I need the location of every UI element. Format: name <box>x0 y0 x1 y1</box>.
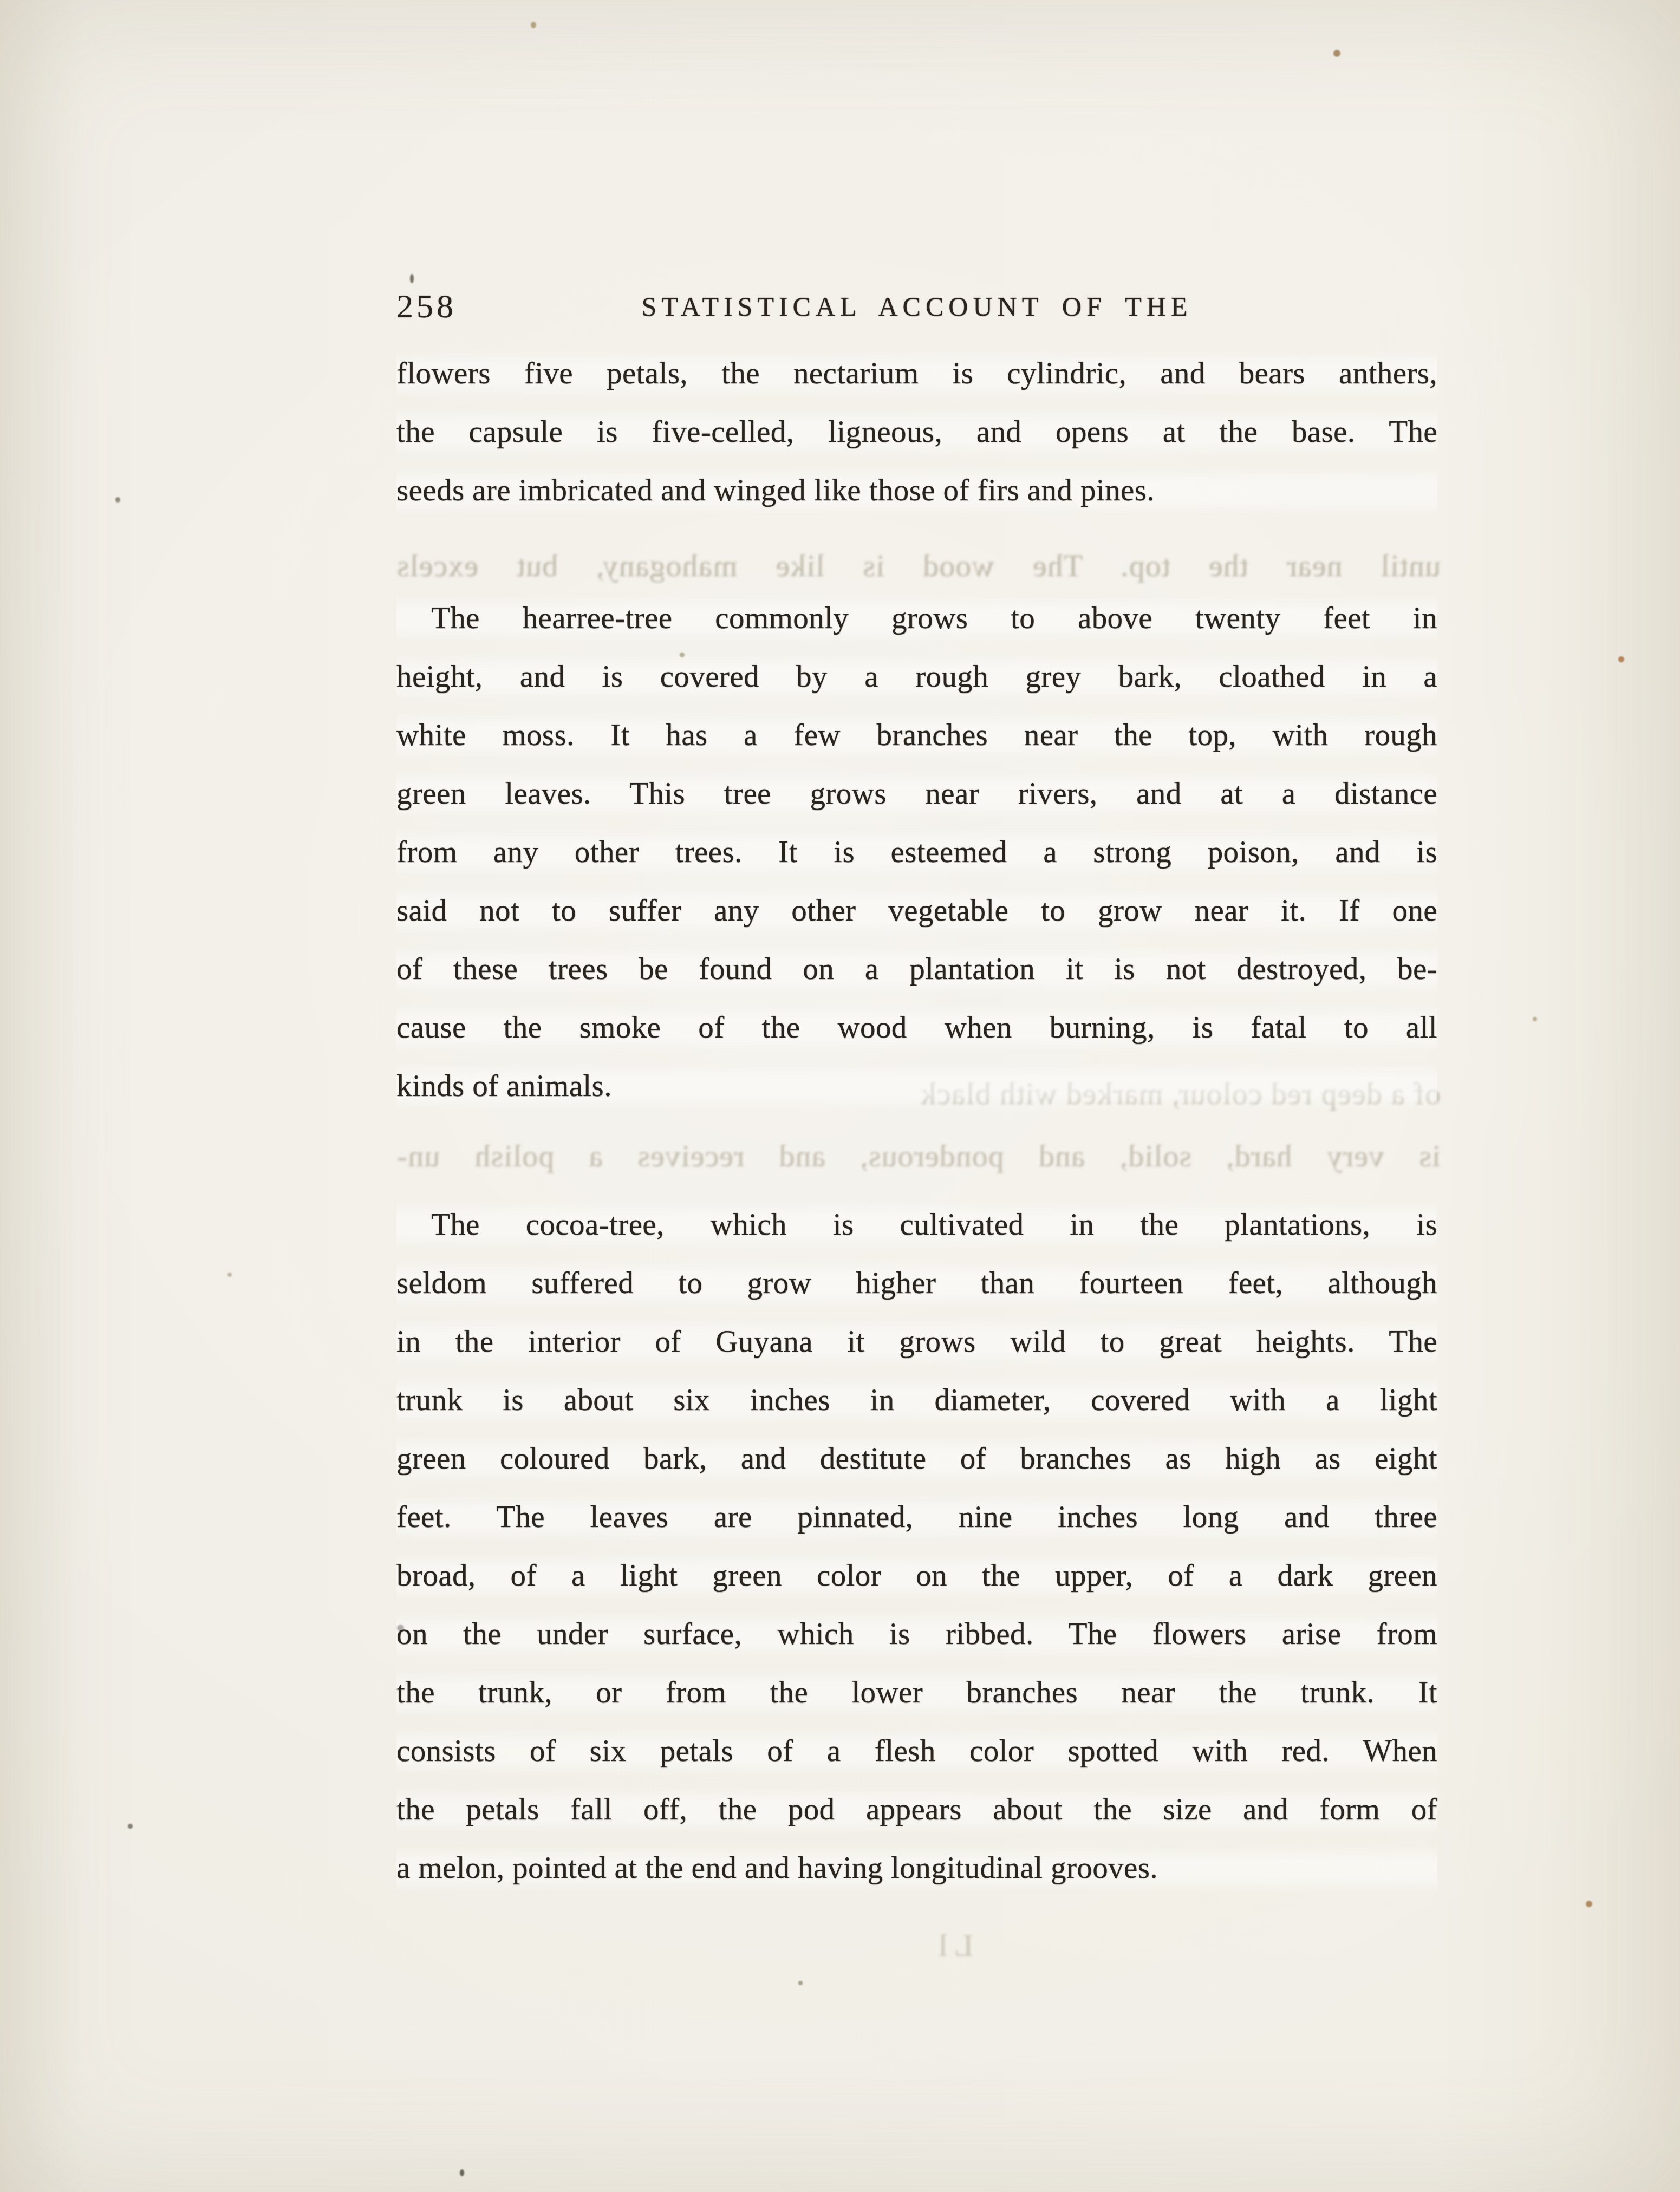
text-line: consists of six petals of a flesh color … <box>396 1722 1437 1780</box>
book-page-scan: 258 STATISTICAL ACCOUNT OF THE until nea… <box>0 0 1680 2192</box>
paper-speck <box>1586 1901 1592 1907</box>
paper-speck <box>1618 656 1624 662</box>
text-line: green leaves. This tree grows near river… <box>396 765 1437 823</box>
text-line: the petals fall off, the pod appears abo… <box>396 1780 1437 1839</box>
text-line: of these trees be found on a plantation … <box>396 940 1437 999</box>
paper-speck <box>1333 50 1340 57</box>
showthrough-signature-mark: L l <box>915 1921 997 1970</box>
text-line: seeds are imbricated and winged like tho… <box>396 461 1437 520</box>
text-line: The hearree-tree commonly grows to above… <box>396 589 1437 648</box>
paper-speck <box>1533 1017 1537 1021</box>
running-header: STATISTICAL ACCOUNT OF THE <box>396 282 1437 331</box>
text-line: flowers five petals, the nectarium is cy… <box>396 344 1437 403</box>
text-line: on the under surface, which is ribbed. T… <box>396 1605 1437 1663</box>
text-line: white moss. It has a few branches near t… <box>396 706 1437 765</box>
text-line: the capsule is five-celled, ligneous, an… <box>396 403 1437 461</box>
text-line: cause the smoke of the wood when burning… <box>396 999 1437 1057</box>
text-line: feet. The leaves are pinnated, nine inch… <box>396 1488 1437 1547</box>
text-line: height, and is covered by a rough grey b… <box>396 648 1437 706</box>
text-line: in the interior of Guyana it grows wild … <box>396 1313 1437 1371</box>
paper-speck <box>410 274 414 283</box>
paper-speck <box>115 497 120 503</box>
text-line: seldom suffered to grow higher than four… <box>396 1254 1437 1313</box>
paragraph: The hearree-tree commonly grows to above… <box>396 589 1437 1115</box>
paper-speck <box>128 1824 133 1829</box>
text-line: The cocoa-tree, which is cultivated in t… <box>396 1196 1437 1254</box>
text-line: trunk is about six inches in diameter, c… <box>396 1371 1437 1430</box>
paragraph: The cocoa-tree, which is cultivated in t… <box>396 1196 1437 1897</box>
text-line: green coloured bark, and destitute of br… <box>396 1430 1437 1488</box>
text-line: said not to suffer any other vegetable t… <box>396 882 1437 940</box>
text-line: from any other trees. It is esteemed a s… <box>396 823 1437 882</box>
paper-speck <box>227 1273 232 1277</box>
paper-speck <box>460 2169 464 2176</box>
body-text-block: flowers five petals, the nectarium is cy… <box>396 344 1437 1897</box>
page-header: 258 STATISTICAL ACCOUNT OF THE <box>396 282 1437 331</box>
paper-speck <box>531 22 536 28</box>
text-line: a melon, pointed at the end and having l… <box>396 1839 1437 1897</box>
paper-speck <box>798 1981 803 1985</box>
text-line: kinds of animals. <box>396 1057 1437 1115</box>
text-line: broad, of a light green color on the upp… <box>396 1547 1437 1605</box>
paragraph: flowers five petals, the nectarium is cy… <box>396 344 1437 520</box>
text-line: the trunk, or from the lower branches ne… <box>396 1663 1437 1722</box>
